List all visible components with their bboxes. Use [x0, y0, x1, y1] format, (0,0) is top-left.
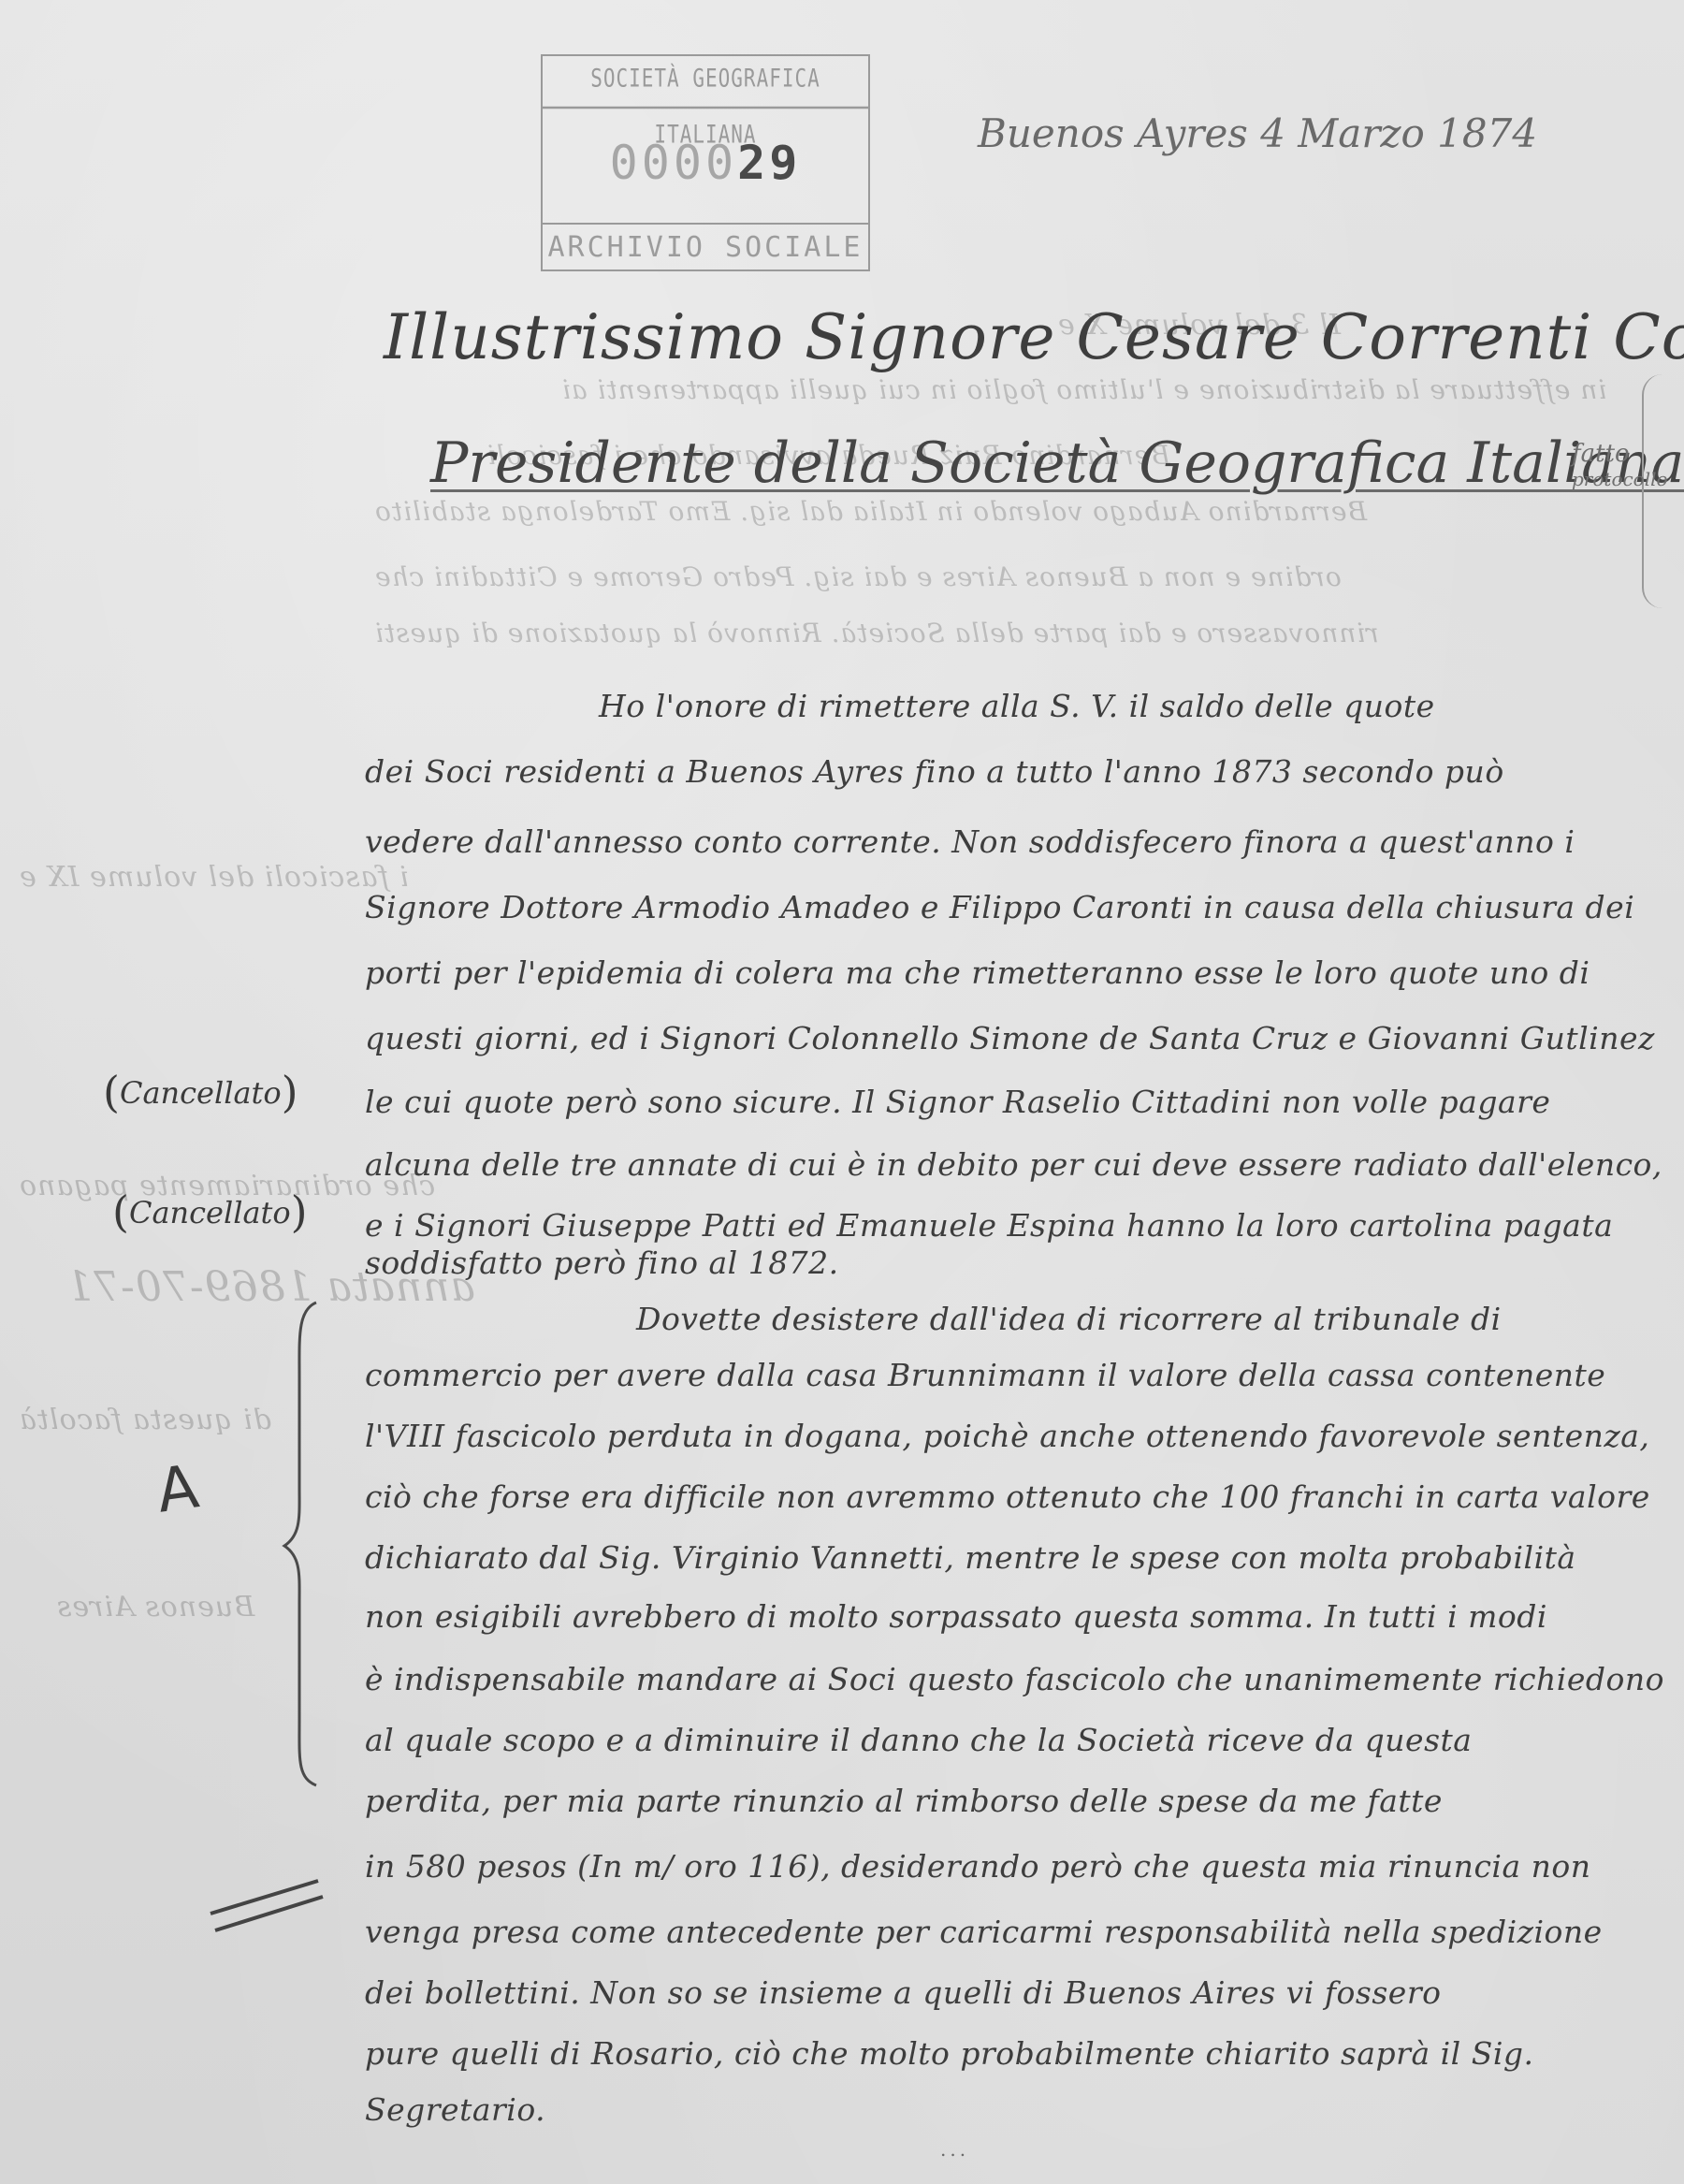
- archive-stamp: SOCIETÀ GEOGRAFICA ITALIANA 000029 ARCHI…: [541, 54, 870, 271]
- right-margin-note: fatto protocollo: [1572, 440, 1668, 490]
- body-line: porti per l'epidemia di colera ma che ri…: [365, 954, 1590, 991]
- body-line: venga presa come antecedente per caricar…: [365, 1914, 1603, 1950]
- body-line: in 580 pesos (In m/ oro 116), desiderand…: [365, 1848, 1591, 1885]
- body-line: non esigibili avrebbero di molto sorpass…: [365, 1598, 1547, 1635]
- stamp-institution: SOCIETÀ GEOGRAFICA ITALIANA: [543, 51, 868, 109]
- body-line: dei Soci residenti a Buenos Ayres fino a…: [365, 753, 1504, 790]
- margin-annotation-cancellato: (Cancellato): [103, 1067, 298, 1117]
- bleed-through-text: Bernardino Aubago volendo in Italia dal …: [374, 496, 1367, 527]
- body-line: Dovette desistere dall'idea di ricorrere…: [636, 1301, 1502, 1337]
- curly-brace-mark: [281, 1301, 318, 1787]
- addressee-title: Presidente della Società Geografica Ital…: [430, 430, 1684, 496]
- body-line: Segretario.: [365, 2091, 545, 2128]
- body-line: dei bollettini. Non so se insieme a quel…: [365, 1974, 1441, 2011]
- close-paren: ): [291, 1187, 308, 1237]
- body-line: vedere dall'annesso conto corrente. Non …: [365, 823, 1575, 860]
- margin-letter-mark: A: [152, 1452, 203, 1526]
- body-line: e i Signori Giuseppe Patti ed Emanuele E…: [365, 1207, 1613, 1244]
- bottom-ellipsis: ...: [940, 2138, 969, 2161]
- body-line: ciò che forse era difficile non avremmo …: [365, 1478, 1650, 1515]
- close-paren: ): [282, 1067, 298, 1117]
- bleed-through-text: rinnovassero e dai parte della Società. …: [374, 618, 1379, 648]
- bleed-through-text: in effettuare la distribuzione e l'ultim…: [561, 374, 1606, 405]
- bleed-through-text: di questa facoltà: [19, 1404, 271, 1436]
- body-line: pure quelli di Rosario, ciò che molto pr…: [365, 2035, 1534, 2072]
- salutation: Illustrissimo Signore Cesare Correnti Co…: [384, 301, 1684, 373]
- body-line: è indispensabile mandare ai Soci questo …: [365, 1661, 1664, 1697]
- pencil-bracket: [1642, 374, 1662, 608]
- open-paren: (: [112, 1187, 129, 1237]
- body-line: dichiarato dal Sig. Virginio Vannetti, m…: [365, 1539, 1576, 1576]
- bleed-through-text: ordine e non a Buenos Aires e dai sig. P…: [374, 561, 1342, 592]
- stamp-archive-label: ARCHIVIO SOCIALE: [543, 225, 868, 271]
- body-line: questi giorni, ed i Signori Colonnello S…: [365, 1020, 1655, 1056]
- open-paren: (: [103, 1067, 120, 1117]
- body-line: perdita, per mia parte rinunzio al rimbo…: [365, 1783, 1443, 1819]
- body-line: soddisfatto però fino al 1872.: [365, 1245, 839, 1281]
- right-margin-note-line: protocollo: [1572, 468, 1668, 490]
- bleed-through-text: i fascicoli del volume IX e: [19, 861, 409, 894]
- right-margin-note-line: fatto: [1572, 440, 1668, 468]
- body-line: Ho l'onore di rimettere alla S. V. il sa…: [599, 688, 1435, 724]
- body-line: commercio per avere dalla casa Brunniman…: [365, 1357, 1605, 1393]
- margin-annotation-cancellato: (Cancellato): [112, 1187, 308, 1237]
- bleed-through-text: Buenos Aires: [56, 1591, 254, 1623]
- body-line: al quale scopo e a diminuire il danno ch…: [365, 1722, 1472, 1758]
- body-line: Signore Dottore Armodio Amadeo e Filippo…: [365, 889, 1634, 925]
- body-line: l'VIII fascicolo perduta in dogana, poic…: [365, 1418, 1649, 1454]
- document-page: Il 3 del volume X e in effettuare la dis…: [0, 0, 1684, 2184]
- double-slash-mark: [206, 1876, 327, 1932]
- body-line: alcuna delle tre annate di cui è in debi…: [365, 1146, 1662, 1183]
- place-date: Buenos Ayres 4 Marzo 1874: [978, 110, 1537, 156]
- body-line: le cui quote però sono sicure. Il Signor…: [365, 1084, 1550, 1120]
